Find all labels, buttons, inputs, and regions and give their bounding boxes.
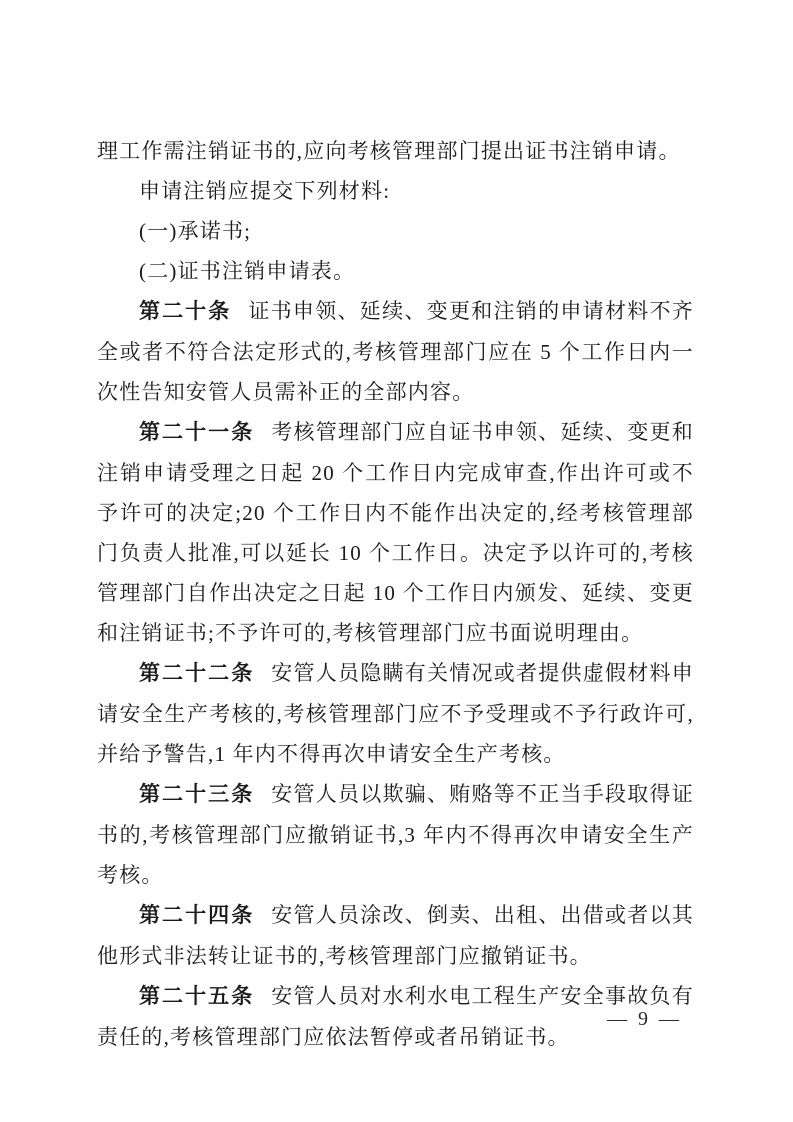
article-20: 第二十条证书申领、延续、变更和注销的申请材料不齐全或者不符合法定形式的,考核管理…: [97, 291, 694, 412]
article-25: 第二十五条安管人员对水利水电工程生产安全事故负有责任的,考核管理部门应依法暂停或…: [97, 976, 694, 1057]
article-25-number: 第二十五条: [139, 985, 254, 1008]
article-24-number: 第二十四条: [139, 904, 254, 927]
page-number: — 9 —: [607, 1007, 682, 1031]
paragraph-materials-intro: 申请注销应提交下列材料:: [97, 171, 694, 211]
article-22-number: 第二十二条: [139, 662, 254, 685]
article-24: 第二十四条安管人员涂改、倒卖、出租、出借或者以其他形式非法转让证书的,考核管理部…: [97, 895, 694, 976]
list-item-1-text: (一)承诺书;: [139, 219, 251, 243]
article-23: 第二十三条安管人员以欺骗、贿赂等不正当手段取得证书的,考核管理部门应撤销证书,3…: [97, 774, 694, 895]
list-item-2: (二)证书注销申请表。: [97, 251, 694, 291]
article-20-number: 第二十条: [139, 300, 231, 323]
paragraph-continuation: 理工作需注销证书的,应向考核管理部门提出证书注销申请。: [97, 131, 694, 171]
paragraph-materials-intro-text: 申请注销应提交下列材料:: [139, 179, 390, 203]
paragraph-continuation-text: 理工作需注销证书的,应向考核管理部门提出证书注销申请。: [97, 139, 681, 163]
article-22: 第二十二条安管人员隐瞒有关情况或者提供虚假材料申请安全生产考核的,考核管理部门应…: [97, 653, 694, 774]
list-item-2-text: (二)证书注销申请表。: [139, 259, 355, 283]
scanned-document-page: 理工作需注销证书的,应向考核管理部门提出证书注销申请。 申请注销应提交下列材料:…: [0, 0, 793, 1122]
article-21-text: 考核管理部门应自证书申领、延续、变更和注销申请受理之日起 20 个工作日内完成审…: [97, 420, 694, 645]
list-item-1: (一)承诺书;: [97, 211, 694, 251]
document-body: 理工作需注销证书的,应向考核管理部门提出证书注销申请。 申请注销应提交下列材料:…: [97, 131, 694, 1057]
article-21: 第二十一条考核管理部门应自证书申领、延续、变更和注销申请受理之日起 20 个工作…: [97, 412, 694, 653]
article-21-number: 第二十一条: [139, 421, 254, 444]
article-23-number: 第二十三条: [139, 783, 254, 806]
